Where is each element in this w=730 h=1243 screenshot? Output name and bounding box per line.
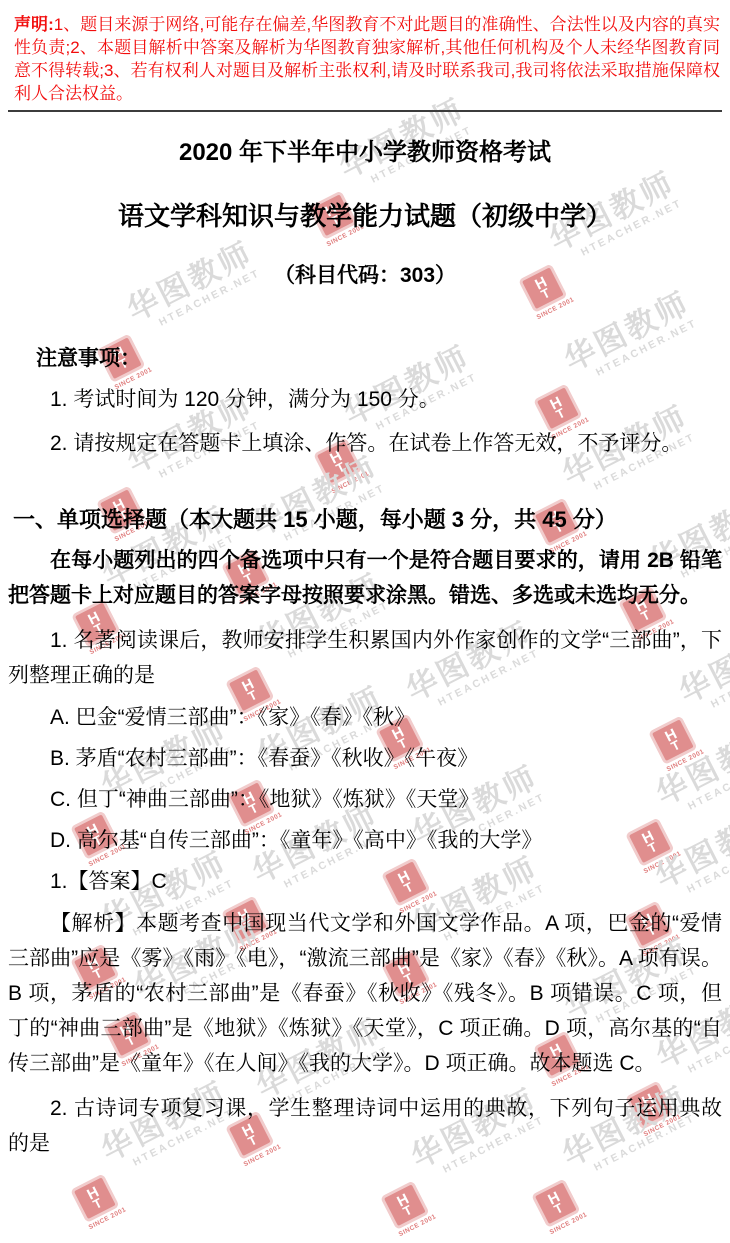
- disclaimer-body: 1、题目来源于网络,可能存在偏差,华图教育不对此题目的准确性、合法性以及内容的真…: [14, 15, 720, 103]
- notice-heading: 注意事项：: [36, 345, 722, 373]
- exam-title-year: 2020 年下半年中小学教师资格考试: [8, 138, 722, 168]
- notice-item-1: 1. 考试时间为 120 分钟，满分为 150 分。: [8, 382, 722, 417]
- exam-title-subject: 语文学科知识与教学能力试题（初级中学）: [8, 199, 722, 233]
- watermark-since-text: SINCE 2001: [398, 1213, 438, 1238]
- subject-code: （科目代码：303）: [8, 262, 722, 289]
- section-heading: 一、单项选择题（本大题共 15 小题，每小题 3 分，共 45 分）: [13, 505, 722, 534]
- question-1-option-d: D. 高尔基“自传三部曲”：《童年》《高中》《我的大学》: [8, 820, 722, 861]
- question-1-option-a: A. 巴金“爱情三部曲”：《家》《春》《秋》: [8, 697, 722, 738]
- huatu-logo-icon: HT: [531, 1178, 581, 1228]
- section-instructions: 在每小题列出的四个备选项中只有一个是符合题目要求的，请用 2B 铅笔把答题卡上对…: [8, 543, 722, 613]
- huatu-logo-icon: HT: [70, 1173, 120, 1223]
- exam-document: 声明:1、题目来源于网络,可能存在偏差,华图教育不对此题目的准确性、合法性以及内…: [0, 0, 730, 1161]
- question-1-option-b: B. 茅盾“农村三部曲”：《春蚕》《秋收》《午夜》: [8, 738, 722, 779]
- question-1-analysis: 【解析】本题考查中国现当代文学和外国文学作品。A 项，巴金的“爱情三部曲”应是《…: [8, 906, 722, 1081]
- divider-line: [8, 110, 722, 112]
- watermark-since-text: SINCE 2001: [549, 1211, 589, 1236]
- question-2-stem: 2. 古诗词专项复习课，学生整理诗词中运用的典故，下列句子运用典故的是: [8, 1091, 722, 1161]
- huatu-logo-icon: HT: [380, 1180, 430, 1230]
- disclaimer-prefix: 声明:: [14, 15, 54, 34]
- disclaimer-text: 声明:1、题目来源于网络,可能存在偏差,华图教育不对此题目的准确性、合法性以及内…: [14, 13, 720, 105]
- notice-item-2: 2. 请按规定在答题卡上填涂、作答。在试卷上作答无效，不予评分。: [8, 426, 722, 461]
- question-1-option-c: C. 但丁“神曲三部曲”：《地狱》《炼狱》《天堂》: [8, 779, 722, 820]
- question-1-stem: 1. 名著阅读课后，教师安排学生积累国内外作家创作的文学“三部曲”，下列整理正确…: [8, 623, 722, 693]
- question-1-answer: 1.【答案】C: [8, 861, 722, 902]
- watermark-since-text: SINCE 2001: [88, 1206, 128, 1231]
